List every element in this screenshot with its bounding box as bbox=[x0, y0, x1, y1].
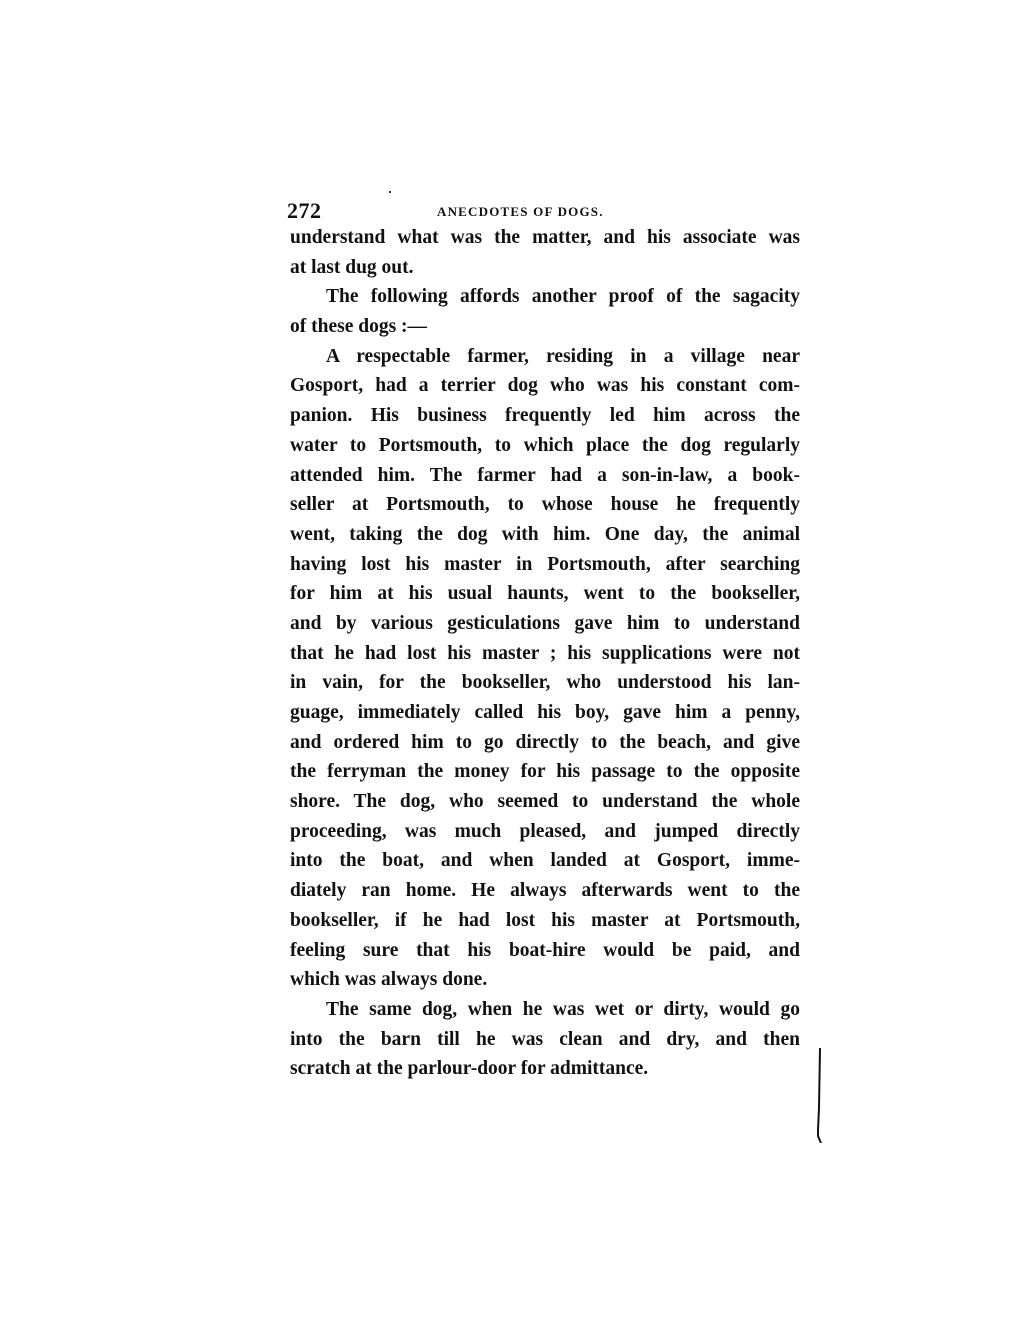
scan-speck bbox=[389, 191, 391, 193]
running-head: ANECDOTES OF DOGS. bbox=[437, 204, 604, 220]
text-line: at last dug out. bbox=[290, 253, 800, 283]
text-line: water to Portsmouth, to which place the … bbox=[290, 431, 800, 461]
text-line: bookseller, if he had lost his master at… bbox=[290, 906, 800, 936]
text-line: of these dogs :— bbox=[290, 312, 800, 342]
text-line: and ordered him to go directly to the be… bbox=[290, 728, 800, 758]
text-line: panion. His business frequently led him … bbox=[290, 401, 800, 431]
text-line: the ferryman the money for his passage t… bbox=[290, 757, 800, 787]
body-text: understand what was the matter, and his … bbox=[290, 223, 800, 1084]
text-line: for him at his usual haunts, went to the… bbox=[290, 579, 800, 609]
text-line: in vain, for the bookseller, who underst… bbox=[290, 668, 800, 698]
text-line: attended him. The farmer had a son-in-la… bbox=[290, 461, 800, 491]
text-line: understand what was the matter, and his … bbox=[290, 223, 800, 253]
text-line: The same dog, when he was wet or dirty, … bbox=[290, 995, 800, 1025]
text-line: into the boat, and when landed at Gospor… bbox=[290, 846, 800, 876]
text-line: guage, immediately called his boy, gave … bbox=[290, 698, 800, 728]
text-line: scratch at the parlour-door for admittan… bbox=[290, 1054, 800, 1084]
text-line: feeling sure that his boat-hire would be… bbox=[290, 936, 800, 966]
page-header: 272 ANECDOTES OF DOGS. bbox=[287, 198, 807, 226]
text-line: Gosport, had a terrier dog who was his c… bbox=[290, 371, 800, 401]
page-number: 272 bbox=[287, 198, 322, 224]
margin-line-mark bbox=[816, 1048, 822, 1143]
text-line: shore. The dog, who seemed to understand… bbox=[290, 787, 800, 817]
text-line: that he had lost his master ; his suppli… bbox=[290, 639, 800, 669]
text-line: which was always done. bbox=[290, 965, 800, 995]
text-line: diately ran home. He always afterwards w… bbox=[290, 876, 800, 906]
text-line: A respectable farmer, residing in a vill… bbox=[290, 342, 800, 372]
text-line: into the barn till he was clean and dry,… bbox=[290, 1025, 800, 1055]
book-page: 272 ANECDOTES OF DOGS. understand what w… bbox=[0, 0, 1033, 1339]
text-line: having lost his master in Portsmouth, af… bbox=[290, 550, 800, 580]
text-line: and by various gesticulations gave him t… bbox=[290, 609, 800, 639]
text-line: The following affords another proof of t… bbox=[290, 282, 800, 312]
text-line: went, taking the dog with him. One day, … bbox=[290, 520, 800, 550]
text-line: proceeding, was much pleased, and jumped… bbox=[290, 817, 800, 847]
scan-speck bbox=[487, 299, 489, 301]
text-line: seller at Portsmouth, to whose house he … bbox=[290, 490, 800, 520]
